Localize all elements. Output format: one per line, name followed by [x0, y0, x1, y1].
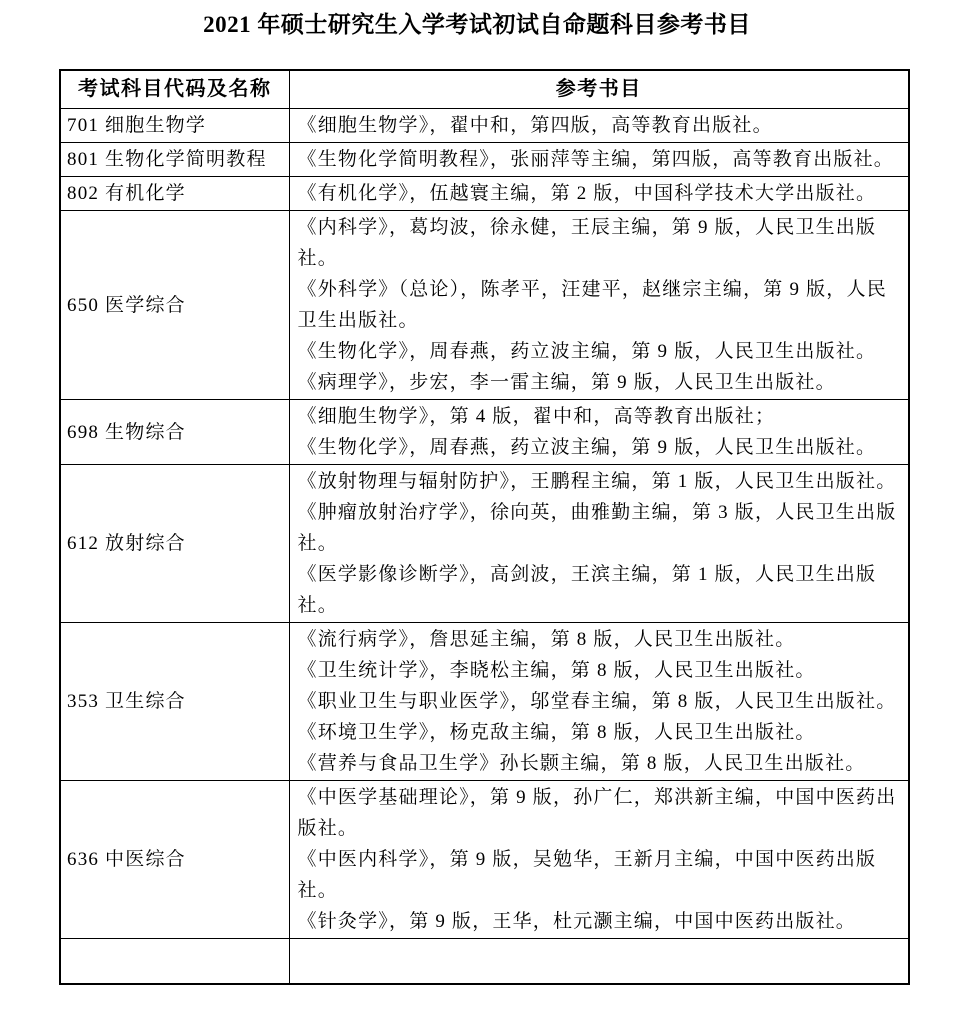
- subject-label: 636 中医综合: [67, 844, 283, 875]
- subject-label: 802 有机化学: [67, 178, 283, 209]
- subject-label: 612 放射综合: [67, 528, 283, 559]
- books-cell: 《生物化学简明教程》，张丽萍等主编，第四版，高等教育出版社。: [289, 143, 909, 177]
- book-entry: 《生物化学》，周春燕，药立波主编，第 9 版，人民卫生出版社。: [298, 432, 901, 463]
- subject-cell: 801 生物化学简明教程: [60, 143, 289, 177]
- subject-cell: 802 有机化学: [60, 177, 289, 211]
- book-entry: 《医学影像诊断学》，高剑波，王滨主编，第 1 版，人民卫生出版社。: [298, 559, 901, 621]
- table-row: 801 生物化学简明教程《生物化学简明教程》，张丽萍等主编，第四版，高等教育出版…: [60, 143, 909, 177]
- book-entry: 《营养与食品卫生学》孙长颢主编，第 8 版，人民卫生出版社。: [298, 748, 901, 779]
- reference-books-table: 考试科目代码及名称 参考书目 701 细胞生物学《细胞生物学》，翟中和，第四版，…: [59, 69, 910, 985]
- subject-label: 701 细胞生物学: [67, 110, 283, 141]
- books-cell: 《细胞生物学》，第 4 版，翟中和，高等教育出版社；《生物化学》，周春燕，药立波…: [289, 400, 909, 465]
- book-entry: 《中医学基础理论》，第 9 版，孙广仁，郑洪新主编，中国中医药出版社。: [298, 782, 901, 844]
- books-cell: 《中医学基础理论》，第 9 版，孙广仁，郑洪新主编，中国中医药出版社。《中医内科…: [289, 781, 909, 939]
- book-entry: 《环境卫生学》，杨克敌主编，第 8 版，人民卫生出版社。: [298, 717, 901, 748]
- book-entry: 《细胞生物学》，第 4 版，翟中和，高等教育出版社；: [298, 401, 901, 432]
- books-cell: 《流行病学》，詹思延主编，第 8 版，人民卫生出版社。《卫生统计学》，李晓松主编…: [289, 623, 909, 781]
- subject-label: 353 卫生综合: [67, 686, 283, 717]
- table-header-row: 考试科目代码及名称 参考书目: [60, 70, 909, 109]
- table-header: 考试科目代码及名称 参考书目: [60, 70, 909, 109]
- table-row: 802 有机化学《有机化学》，伍越寰主编，第 2 版，中国科学技术大学出版社。: [60, 177, 909, 211]
- table-row: 353 卫生综合《流行病学》，詹思延主编，第 8 版，人民卫生出版社。《卫生统计…: [60, 623, 909, 781]
- book-entry: 《生物化学》，周春燕，药立波主编，第 9 版，人民卫生出版社。: [298, 336, 901, 367]
- subject-cell: 636 中医综合: [60, 781, 289, 939]
- table-body: 701 细胞生物学《细胞生物学》，翟中和，第四版，高等教育出版社。801 生物化…: [60, 109, 909, 985]
- subject-cell: [60, 939, 289, 985]
- book-entry: 《流行病学》，詹思延主编，第 8 版，人民卫生出版社。: [298, 624, 901, 655]
- table-row: 698 生物综合《细胞生物学》，第 4 版，翟中和，高等教育出版社；《生物化学》…: [60, 400, 909, 465]
- book-entry: 《内科学》，葛均波，徐永健，王辰主编，第 9 版，人民卫生出版社。: [298, 212, 901, 274]
- subject-label: 650 医学综合: [67, 290, 283, 321]
- book-entry: 《中医内科学》，第 9 版，吴勉华，王新月主编，中国中医药出版社。: [298, 844, 901, 906]
- books-cell: 《放射物理与辐射防护》，王鹏程主编，第 1 版，人民卫生出版社。《肿瘤放射治疗学…: [289, 465, 909, 623]
- table-row: 612 放射综合《放射物理与辐射防护》，王鹏程主编，第 1 版，人民卫生出版社。…: [60, 465, 909, 623]
- subject-cell: 698 生物综合: [60, 400, 289, 465]
- subject-cell: 650 医学综合: [60, 211, 289, 400]
- document-page: { "page": { "title": "2021 年硕士研究生入学考试初试自…: [0, 0, 954, 1017]
- book-entry: 《放射物理与辐射防护》，王鹏程主编，第 1 版，人民卫生出版社。: [298, 466, 901, 497]
- book-entry: 《生物化学简明教程》，张丽萍等主编，第四版，高等教育出版社。: [298, 144, 901, 175]
- book-entry: 《细胞生物学》，翟中和，第四版，高等教育出版社。: [298, 110, 901, 141]
- subject-cell: 701 细胞生物学: [60, 109, 289, 143]
- book-entry: 《职业卫生与职业医学》，邬堂春主编，第 8 版，人民卫生出版社。: [298, 686, 901, 717]
- table-row: 701 细胞生物学《细胞生物学》，翟中和，第四版，高等教育出版社。: [60, 109, 909, 143]
- column-header-books: 参考书目: [289, 70, 909, 109]
- subject-cell: 353 卫生综合: [60, 623, 289, 781]
- book-entry: 《病理学》，步宏，李一雷主编，第 9 版，人民卫生出版社。: [298, 367, 901, 398]
- book-entry: 《肿瘤放射治疗学》，徐向英，曲雅勤主编，第 3 版，人民卫生出版社。: [298, 497, 901, 559]
- book-entry: 《针灸学》，第 9 版，王华，杜元灏主编，中国中医药出版社。: [298, 906, 901, 937]
- column-header-subject: 考试科目代码及名称: [60, 70, 289, 109]
- table-row: 650 医学综合《内科学》，葛均波，徐永健，王辰主编，第 9 版，人民卫生出版社…: [60, 211, 909, 400]
- subject-cell: 612 放射综合: [60, 465, 289, 623]
- books-cell: 《内科学》，葛均波，徐永健，王辰主编，第 9 版，人民卫生出版社。《外科学》（总…: [289, 211, 909, 400]
- page-title: 2021 年硕士研究生入学考试初试自命题科目参考书目: [0, 9, 954, 41]
- books-cell: 《有机化学》，伍越寰主编，第 2 版，中国科学技术大学出版社。: [289, 177, 909, 211]
- table-row-cutoff: [60, 939, 909, 985]
- subject-label: 801 生物化学简明教程: [67, 144, 283, 175]
- books-cell: [289, 939, 909, 985]
- subject-label: 698 生物综合: [67, 417, 283, 448]
- table-row: 636 中医综合《中医学基础理论》，第 9 版，孙广仁，郑洪新主编，中国中医药出…: [60, 781, 909, 939]
- books-cell: 《细胞生物学》，翟中和，第四版，高等教育出版社。: [289, 109, 909, 143]
- book-entry: 《外科学》（总论），陈孝平，汪建平，赵继宗主编，第 9 版，人民卫生出版社。: [298, 274, 901, 336]
- book-entry: 《卫生统计学》，李晓松主编，第 8 版，人民卫生出版社。: [298, 655, 901, 686]
- book-entry: 《有机化学》，伍越寰主编，第 2 版，中国科学技术大学出版社。: [298, 178, 901, 209]
